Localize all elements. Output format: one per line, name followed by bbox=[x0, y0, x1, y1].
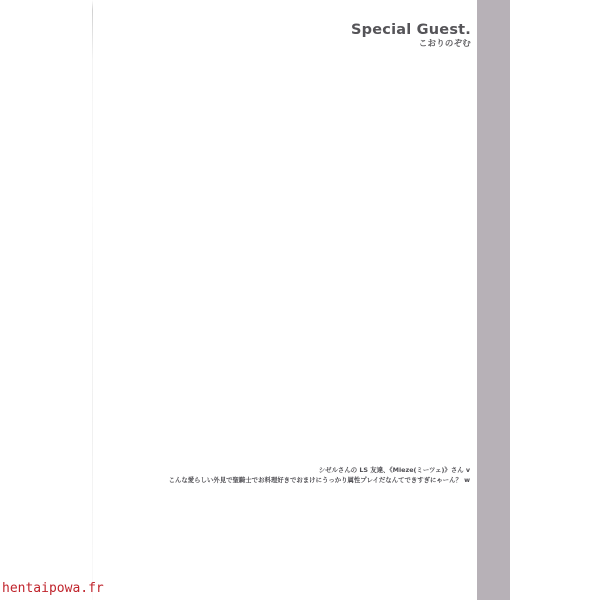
caption: シゼルさんの LS 友達、《Mieze(ミーツェ)》さん v こんな愛らしい外見… bbox=[169, 465, 470, 485]
manga-page: Special Guest. こおりのぞむ シゼルさんの LS 友達、《Miez… bbox=[0, 0, 600, 600]
gutter-line bbox=[92, 0, 93, 600]
side-color-bar bbox=[477, 0, 510, 600]
caption-line: こんな愛らしい外見で聖騎士でお料理好きでおまけにうっかり属性プレイだなんてできす… bbox=[169, 475, 470, 485]
page-header: Special Guest. こおりのぞむ bbox=[351, 22, 471, 50]
page-title: Special Guest. bbox=[351, 22, 471, 39]
author-name: こおりのぞむ bbox=[351, 39, 471, 50]
watermark-link[interactable]: hentaipowa.fr bbox=[2, 581, 104, 597]
caption-line: シゼルさんの LS 友達、《Mieze(ミーツェ)》さん v bbox=[169, 465, 470, 475]
